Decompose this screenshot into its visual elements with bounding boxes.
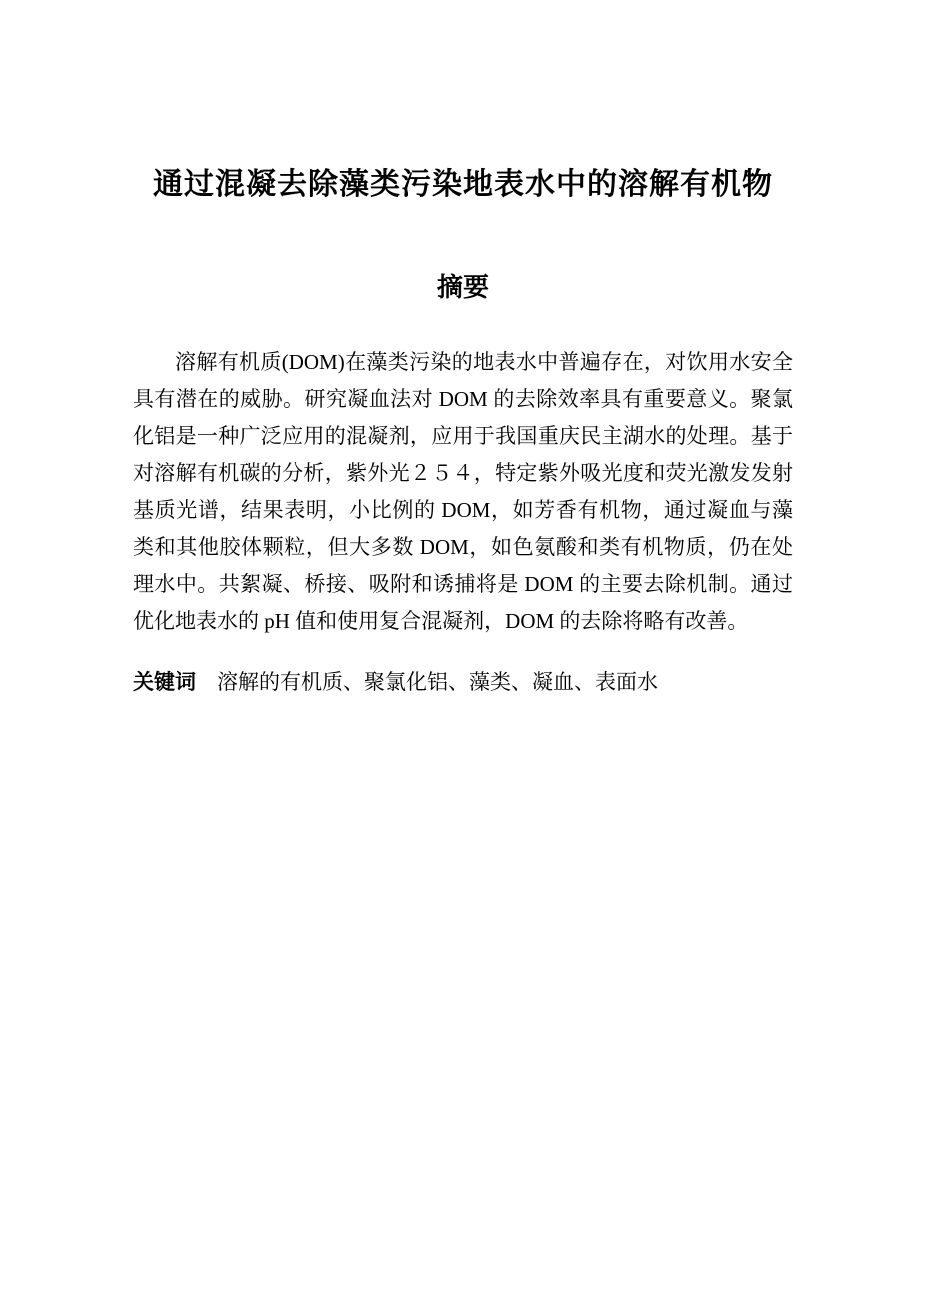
keywords-text: 溶解的有机质、聚氯化铝、藻类、凝血、表面水: [217, 670, 658, 694]
keywords-line: 关键词溶解的有机质、聚氯化铝、藻类、凝血、表面水: [133, 667, 793, 698]
document-page: 通过混凝去除藻类污染地表水中的溶解有机物 摘要 溶解有机质(DOM)在藻类污染的…: [0, 0, 926, 1309]
document-title: 通过混凝去除藻类污染地表水中的溶解有机物: [0, 168, 926, 202]
keywords-label: 关键词: [133, 671, 196, 694]
abstract-paragraph: 溶解有机质(DOM)在藻类污染的地表水中普遍存在，对饮用水安全具有潜在的威胁。研…: [133, 344, 793, 640]
abstract-heading: 摘要: [0, 272, 926, 302]
